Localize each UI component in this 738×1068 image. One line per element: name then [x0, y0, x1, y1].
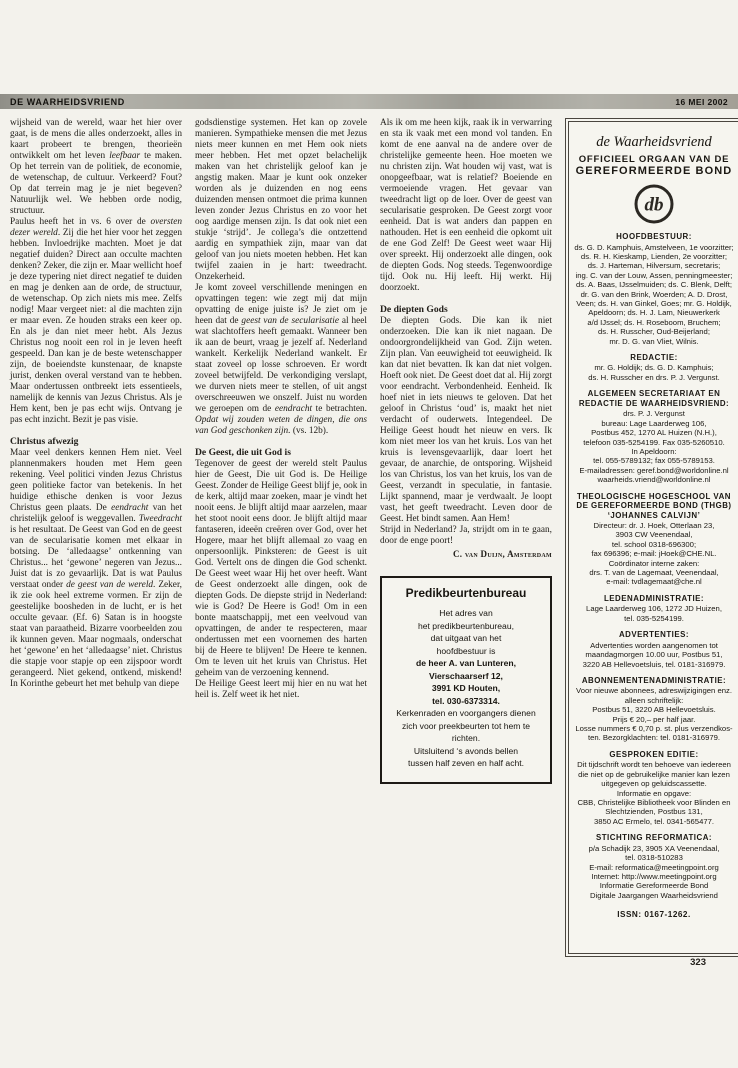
colofon-section-line: Internet: http://www.meetingpoint.org	[574, 872, 734, 881]
colofon-section-line: ing. C. van der Louw, Assen, penningmees…	[574, 271, 734, 280]
section-heading: Christus afwezig	[10, 436, 182, 447]
colofon-section-line: ds. A. Baas, IJsselmuiden; ds. C. Blenk,…	[574, 280, 734, 289]
issn-line: ISSN: 0167-1262.	[574, 910, 734, 919]
colofon-section-line: die niet op de gebruikelijke manier kan …	[574, 770, 734, 779]
masthead-subtitle-line2: GEREFORMEERDE BOND	[574, 165, 734, 177]
predik-box-title: Predikbeurtenbureau	[390, 588, 542, 599]
body-paragraph: Als ik om me heen kijk, raak ik in verwa…	[380, 118, 552, 294]
colofon-section-title: ADVERTENTIES:	[574, 630, 734, 640]
body-paragraph: Tegenover de geest der wereld stelt Paul…	[195, 459, 367, 679]
predikbeurtenbureau-box: Predikbeurtenbureau Het adres vanhet pre…	[380, 576, 552, 784]
colofon-section-title: ALGEMEEN SECRETARIAAT EN REDACTIE DE WAA…	[574, 389, 734, 408]
colofon-section-line: a/d IJssel; ds. H. Roseboom, Bruchem;	[574, 318, 734, 327]
colofon-section-title: THEOLOGISCHE HOGESCHOOL VAN DE GEREFORME…	[574, 492, 734, 521]
predik-box-line: het predikbeurtenbureau,	[390, 620, 542, 633]
author-byline: C. van Duijn, Amsterdam	[380, 549, 552, 560]
colofon-section-line: tel. 0318-510283	[574, 853, 734, 862]
issue-date: 16 MEI 2002	[675, 97, 728, 107]
colofon-section-line: 3850 AC Ermelo, tel. 0341-565477.	[574, 817, 734, 826]
colofon-section: ALGEMEEN SECRETARIAAT EN REDACTIE DE WAA…	[574, 389, 734, 484]
magazine-page: DE WAARHEIDSVRIEND 16 MEI 2002 wijsheid …	[0, 0, 738, 1068]
colofon-section-line: waarheids.vriend@worldonline.nl	[574, 475, 734, 484]
colofon-section-title: LEDENADMINISTRATIE:	[574, 594, 734, 604]
colofon-section-title: STICHTING REFORMATICA:	[574, 833, 734, 843]
colofon-section-line: ds. J. Harteman, Hilversum, secretaris;	[574, 261, 734, 270]
colofon-section-line: ten. Bezorgklachten: tel. 0181-316979.	[574, 733, 734, 742]
colofon-section-line: tel. 035-5254199.	[574, 614, 734, 623]
body-paragraph: wijsheid van de wereld, waar het hier ov…	[10, 118, 182, 217]
colofon-section-line: maandagmorgen 10.00 uur, Postbus 51,	[574, 650, 734, 659]
colofon-section: ABONNEMENTENADMINISTRATIE:Voor nieuwe ab…	[574, 676, 734, 743]
colofon-section-line: Informatie en opgave:	[574, 789, 734, 798]
colofon-section-line: ds. R. H. Kieskamp, Lienden, 2e voorzitt…	[574, 252, 734, 261]
colofon-section-line: tel. school 0318-696300;	[574, 540, 734, 549]
colofon-section-line: p/a Schadijk 23, 3905 XA Veenendaal,	[574, 844, 734, 853]
colofon-section-line: alleen schriftelijk:	[574, 696, 734, 705]
predik-box-line: de heer A. van Lunteren,	[390, 657, 542, 670]
colofon-section-line: Voor nieuwe abonnees, adreswijzigingen e…	[574, 686, 734, 695]
predik-box-line: hoofdbestuur is	[390, 645, 542, 658]
colofon-section-line: tel. 055-5789132; fax 055-5789153.	[574, 456, 734, 465]
colofon-section: ADVERTENTIES:Advertenties worden aangeno…	[574, 630, 734, 669]
colofon-section: GESPROKEN EDITIE:Dit tijdschrift wordt t…	[574, 750, 734, 826]
colofon-section: LEDENADMINISTRATIE:Lage Laarderweg 106, …	[574, 594, 734, 623]
masthead-title: de Waarheidsvriend	[574, 134, 734, 151]
colofon-section-line: mr. D. G. van Vliet, Wilnis.	[574, 337, 734, 346]
colofon-section: STICHTING REFORMATICA:p/a Schadijk 23, 3…	[574, 833, 734, 900]
colofon-section: THEOLOGISCHE HOGESCHOOL VAN DE GEREFORME…	[574, 492, 734, 587]
colofon-section-line: Coördinator interne zaken:	[574, 559, 734, 568]
predik-box-line: Kerkenraden en voorgangers dienen zich v…	[390, 707, 542, 745]
colofon-section-title: REDACTIE:	[574, 353, 734, 363]
colofon-section-line: drs. P. J. Vergunst	[574, 409, 734, 418]
colofon-section-line: Advertenties worden aangenomen tot	[574, 641, 734, 650]
body-paragraph: Maar veel denkers kennen Hem niet. Veel …	[10, 448, 182, 690]
colofon-section-title: HOOFDBESTUUR:	[574, 232, 734, 242]
colofon-section-line: 3220 AB Hellevoetsluis, tel. 0181-316979…	[574, 660, 734, 669]
colofon-section-line: ds. H. Russcher en drs. P. J. Vergunst.	[574, 373, 734, 382]
colofon-section-line: Losse nummers € 0,70 p. st. plus verzend…	[574, 724, 734, 733]
colofon-section-line: Directeur: dr. J. Hoek, Otterlaan 23,	[574, 521, 734, 530]
colofon-section-line: 3903 CW Veenendaal,	[574, 530, 734, 539]
gereformeerde-bond-logo-icon: db	[633, 183, 675, 225]
predik-box-line: tussen half zeven en half acht.	[390, 757, 542, 770]
predik-box-line: 3991 KD Houten,	[390, 682, 542, 695]
colofon-section-line: Veen; ds. H. van Ginkel, Goes; mr. G. Ho…	[574, 299, 734, 308]
predik-box-line: tel. 030-6373314.	[390, 695, 542, 708]
body-paragraph: godsdienstige systemen. Het kan op zovel…	[195, 118, 367, 283]
colofon-section-line: Apeldoorn; ds. H. J. Lam, Nieuwerkerk	[574, 308, 734, 317]
colofon-section-line: E-mailadressen: geref.bond@worldonline.n…	[574, 466, 734, 475]
masthead-subtitle-line1: OFFICIEEL ORGAAN VAN DE	[574, 154, 734, 165]
colofon-sections: HOOFDBESTUUR:ds. G. D. Kamphuis, Amstelv…	[574, 232, 734, 900]
svg-text:db: db	[645, 195, 664, 216]
text-column-1: wijsheid van de wereld, waar het hier ov…	[10, 118, 182, 957]
text-column-3: Als ik om me heen kijk, raak ik in verwa…	[380, 118, 552, 957]
colofon-section-line: In Apeldoorn:	[574, 447, 734, 456]
colofon-section-title: ABONNEMENTENADMINISTRATIE:	[574, 676, 734, 686]
colofon-section-line: Lage Laarderweg 106, 1272 JD Huizen,	[574, 604, 734, 613]
text-column-2: godsdienstige systemen. Het kan op zovel…	[195, 118, 367, 957]
predik-box-line: Vierschaarserf 12,	[390, 670, 542, 683]
body-paragraph: De Heilige Geest leert mij hier en nu wa…	[195, 679, 367, 701]
page-header-band: DE WAARHEIDSVRIEND 16 MEI 2002	[0, 94, 738, 109]
predik-box-line: Uitsluitend ‘s avonds bellen	[390, 745, 542, 758]
predik-box-line: Het adres van	[390, 607, 542, 620]
colofon-section-line: ds. G. D. Kamphuis, Amstelveen, 1e voorz…	[574, 243, 734, 252]
body-paragraph: Strijd in Nederland? Ja, strijdt om in t…	[380, 525, 552, 547]
body-paragraph: Je komt zoveel verschillende meningen en…	[195, 283, 367, 437]
colofon-section-line: Slechtzienden, Postbus 131,	[574, 807, 734, 816]
predik-box-lines: Het adres vanhet predikbeurtenbureau,dat…	[390, 607, 542, 770]
section-heading: De Geest, die uit God is	[195, 447, 367, 458]
article-body: wijsheid van de wereld, waar het hier ov…	[10, 118, 738, 957]
colofon-section-line: Informatie Gereformeerde Bond	[574, 881, 734, 890]
section-heading: De diepten Gods	[380, 304, 552, 315]
colofon-section-line: bureau: Lage Laarderweg 106,	[574, 419, 734, 428]
colofon-section: HOOFDBESTUUR:ds. G. D. Kamphuis, Amstelv…	[574, 232, 734, 346]
colofon-section-line: CBB, Christelijke Bibliotheek voor Blind…	[574, 798, 734, 807]
body-paragraph: Paulus heeft het in vs. 6 over de overst…	[10, 217, 182, 426]
colofon-section: REDACTIE:mr. G. Holdijk; ds. G. D. Kamph…	[574, 353, 734, 382]
colofon-section-title: GESPROKEN EDITIE:	[574, 750, 734, 760]
colofon-section-line: Postbus 51, 3220 AB Hellevoetsluis.	[574, 705, 734, 714]
colofon-section-line: mr. G. Holdijk; ds. G. D. Kamphuis;	[574, 363, 734, 372]
text-column-3-flow: Als ik om me heen kijk, raak ik in verwa…	[380, 118, 552, 560]
colofon-section-line: dr. G. van den Brink, Woerden; A. D. Dro…	[574, 290, 734, 299]
colofon-section-line: telefoon 035-5254199. Fax 035-5260510.	[574, 438, 734, 447]
colofon-section-line: Dit tijdschrift wordt ten behoeve van ie…	[574, 760, 734, 769]
colofon-section-line: uitgegeven op geluidscassette.	[574, 779, 734, 788]
colofon-section-line: Postbus 452, 1270 AL Huizen (N.H.),	[574, 428, 734, 437]
colofon-section-line: e-mail: tvdlagemaat@che.nl	[574, 577, 734, 586]
page-number: 323	[690, 957, 706, 968]
colofon-sidebar: de Waarheidsvriend OFFICIEEL ORGAAN VAN …	[565, 118, 738, 957]
colofon-section-line: fax 696396; e-mail: jHoek@CHE.NL.	[574, 549, 734, 558]
publication-name: DE WAARHEIDSVRIEND	[10, 97, 125, 107]
colofon-section-line: Prijs € 20,– per half jaar.	[574, 715, 734, 724]
colofon-section-line: Digitale Jaargangen Waarheidsvriend	[574, 891, 734, 900]
predik-box-line: dat uitgaat van het	[390, 632, 542, 645]
colofon-section-line: ds. H. Russcher, Oud-Beijerland;	[574, 327, 734, 336]
body-paragraph: De diepten Gods. Die kan ik niet onderzo…	[380, 316, 552, 525]
colofon-section-line: drs. T. van de Lagemaat, Veenendaal,	[574, 568, 734, 577]
colofon-section-line: E-mail: reformatica@meetingpoint.org	[574, 863, 734, 872]
